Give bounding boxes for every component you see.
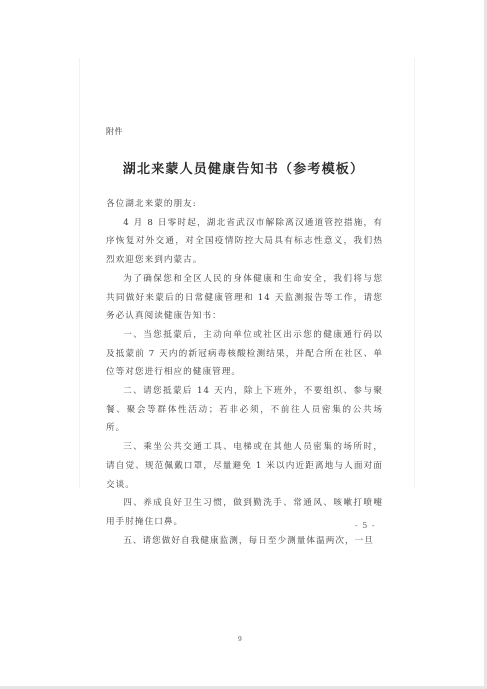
paragraph: 五、请您做好自我健康监测，每日至少测量体温两次，一旦 <box>106 532 383 551</box>
salutation: 各位湖北来蒙的朋友: <box>106 195 383 214</box>
scan-shadow-left <box>79 58 80 488</box>
paragraph: 三、乘坐公共交通工具、电梯或在其他人员密集的场所时，请自觉、规范佩戴口罩，尽量避… <box>106 438 383 494</box>
paragraph: 一、当您抵蒙后，主动向单位或社区出示您的健康通行码以及抵蒙前 7 天内的新冠病毒… <box>106 326 383 382</box>
document-page: 附件 湖北来蒙人员健康告知书（参考模板） 各位湖北来蒙的朋友: 4 月 8 日零… <box>0 0 484 686</box>
paragraph: 4 月 8 日零时起，湖北省武汉市解除离汉通道管控措施，有序恢复对外交通，对全国… <box>106 214 383 270</box>
paragraph: 四、养成良好卫生习惯，做到勤洗手、常通风、咳嗽打喷嚏用手肘掩住口鼻。 <box>106 494 383 531</box>
scan-shadow-right <box>414 58 415 488</box>
attachment-label: 附件 <box>106 126 123 137</box>
document-title: 湖北来蒙人员健康告知书（参考模板） <box>0 158 487 177</box>
paragraph: 为了确保您和全区人民的身体健康和生命安全，我们将与您共同做好来蒙后的日常健康管理… <box>106 270 383 326</box>
document-body: 各位湖北来蒙的朋友: 4 月 8 日零时起，湖北省武汉市解除离汉通道管控措施，有… <box>106 195 383 550</box>
paragraph: 二、请您抵蒙后 14 天内，除上下班外，不要组织、参与聚餐、聚会等群体性活动；若… <box>106 382 383 438</box>
footer-page-number: 9 <box>238 636 242 643</box>
page-number: - 5 - <box>355 521 376 530</box>
